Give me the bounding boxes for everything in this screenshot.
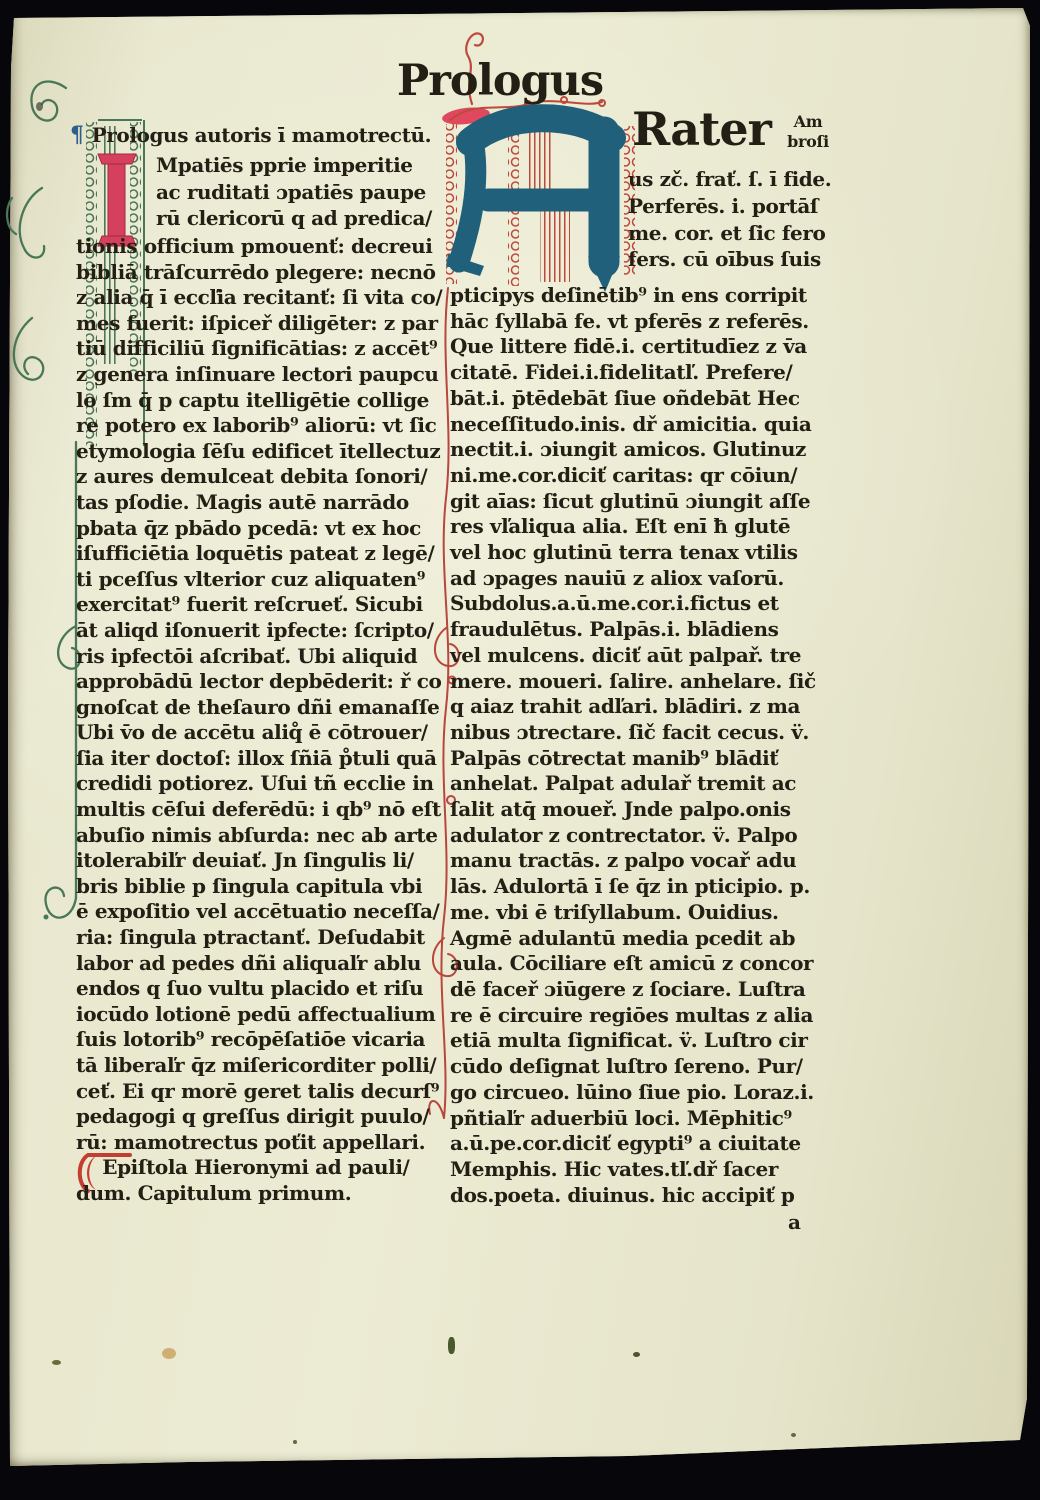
- text-line: tas pſodie. Magis autē narrādo: [76, 490, 470, 516]
- text-line: z alia q̄ ī eccľia recitanť: ſi vita co/: [76, 285, 470, 311]
- text-line: āt aliqd iſonuerit ipfecte: ſcripto/: [76, 618, 470, 644]
- text-line: mere. moueri. ſalire. anhelare. ſič: [450, 669, 840, 695]
- text-line: gnoſcat de theſauro dñi emanaſſe: [76, 695, 470, 721]
- text-line: citatē. Fidei.i.fidelitatľ. Prefere/: [450, 360, 840, 386]
- text-line: ſia iter doctoſ: illox ſñiā p̊tuli quā: [76, 746, 470, 772]
- text-line: pñtiaľr aduerbiū loci. Mēphitic⁹: [450, 1106, 840, 1132]
- text-line: bāt.i. p̄tēdebāt ſiue oñdebāt Hec: [450, 386, 840, 412]
- text-line: Mpatiēs pprie imperitie: [156, 152, 468, 179]
- right-column-side-word: Am broſi: [772, 112, 844, 152]
- text-line: hāc ſyllabā fe. vt pferēs z referēs.: [450, 309, 840, 335]
- text-line: iſufficiētia loquētis pateat z legē/: [76, 541, 470, 567]
- page-title: Prologus: [330, 56, 670, 106]
- text-line: ē expoſitio vel accētuatio neceſſa/: [76, 899, 470, 925]
- text-line: bris biblie p ſingula capitula vbi: [76, 874, 470, 900]
- text-line: ceť. Ei qr morē geret talis decurſ⁹: [76, 1079, 470, 1105]
- text-line: Subdolus.a.ū.me.cor.i.fictus et: [450, 591, 840, 617]
- text-line: dum. Capitulum primum.: [76, 1181, 470, 1207]
- side-word-bottom: broſi: [772, 132, 844, 152]
- text-line: ac ruditati ɔpatiēs paupe: [156, 179, 468, 206]
- left-column-text: tionis officium pmouenť: decreuibibliā t…: [76, 234, 470, 1207]
- text-line: multis cēſui deferēdū: i qb⁹ nō eſt: [76, 797, 470, 823]
- text-line: rū clericorū q ad predica/: [156, 205, 468, 232]
- blue-pilcrow-icon: ¶: [70, 122, 92, 148]
- text-line: fers. cū oībus ſuis: [628, 246, 840, 273]
- text-line: Que littere fidē.i. certitudīez z v̄a: [450, 334, 840, 360]
- text-line: lo ſm q̄ p captu itelligētie collige: [76, 388, 470, 414]
- text-line: vel hoc glutinū terra tenax vtilis: [450, 540, 840, 566]
- left-column-indented-text: Mpatiēs pprie imperitieac ruditati ɔpati…: [156, 152, 468, 232]
- text-line: credidi potiorez. Uſui tñ ecclie in: [76, 771, 470, 797]
- text-line: tā liberaľr q̄z miſericorditer polli/: [76, 1053, 470, 1079]
- text-line: nibus ɔtrectare. ſič facit cecus. v̈.: [450, 720, 840, 746]
- text-line: go circueo. lūino ſiue pio. Loraz.i.: [450, 1080, 840, 1106]
- text-line: re ē circuire regiōes multas z alia: [450, 1003, 840, 1029]
- left-column-heading: ¶Prologus autoris ī mamotrectū.: [70, 122, 431, 148]
- illuminated-initial-f: [444, 96, 649, 298]
- text-line: res vľaliqua alia. Eſt enī ħ glutē: [450, 514, 840, 540]
- text-line: etymologia ſēſu edificet ītellectuz: [76, 439, 470, 465]
- text-line: abuſio nimis abſurda: nec ab arte: [76, 823, 470, 849]
- text-line: ni.me.cor.diciť caritas: qr cōiun/: [450, 463, 840, 489]
- right-column-opening-word: Rater: [632, 102, 771, 156]
- text-line: endos q ſuo vultu placido et riſu: [76, 976, 470, 1002]
- text-line: adulator z contrectator. v̈. Palpo: [450, 823, 840, 849]
- text-line: neceſſitudo.inis. dř amicitia. quia: [450, 412, 840, 438]
- text-line: mes fuerit: iſpiceř diligēter: z par: [76, 311, 470, 337]
- text-line: anhelat. Palpat adulař tremit ac: [450, 771, 840, 797]
- text-line: q aiaz trahit adľari. blādiri. z ma: [450, 694, 840, 720]
- right-column-narrow-text: us zč. frať. ſ. ī fide.Perferēs. i. port…: [628, 166, 840, 273]
- text-line: rū: mamotrectus poťit appellari.: [76, 1130, 470, 1156]
- text-line: me. cor. et ſic fero: [628, 220, 840, 247]
- text-line: tiū difficiliū ſignificātias: z accēt⁹: [76, 336, 470, 362]
- text-line: pedagogi q greſſus dirigit puulo/: [76, 1104, 470, 1130]
- text-line: vel mulcens. diciť aūt palpař. tre: [450, 643, 840, 669]
- text-line: Ubi v̄o de accētu aliq̊ ē cōtrouer/: [76, 720, 470, 746]
- text-line: exercitat⁹ fuerit reſcrueť. Sicubi: [76, 592, 470, 618]
- text-line: Palpās cōtrectat manib⁹ blādiť: [450, 746, 840, 772]
- side-word-top: Am: [772, 112, 844, 132]
- text-line: ſuis lotorib⁹ recōpēſatiōe vicaria: [76, 1027, 470, 1053]
- text-line: ris ipfectōi aſcribať. Ubi aliquid: [76, 644, 470, 670]
- text-line: me. vbi ē triſyllabum. Ouidius.: [450, 900, 840, 926]
- text-line: fraudulētus. Palpās.i. blādiens: [450, 617, 840, 643]
- incunabulum-page-photo: Prologus ¶Prologus autoris ī mamotrectū.…: [0, 0, 1040, 1500]
- text-line: git aīas: ſicut glutinū ɔiungit aſſe: [450, 489, 840, 515]
- text-line: aula. Cōciliare eſt amicū z concor: [450, 951, 840, 977]
- text-line: dos.poeta. diuinus. hic accipiť p: [450, 1183, 840, 1209]
- text-line: bibliā trāſcurrēdo plegere: necnō: [76, 260, 470, 286]
- text-line: re potero ex laborib⁹ aliorū: vt ſic: [76, 413, 470, 439]
- text-line: cūdo deſignat luſtro ſereno. Pur/: [450, 1054, 840, 1080]
- heading-text: Prologus autoris ī mamotrectū.: [92, 123, 432, 147]
- text-line: Agmē adulantū media pcedit ab: [450, 926, 840, 952]
- text-line: ad ɔpages nauiū z aliox vaſorū.: [450, 566, 840, 592]
- text-line: labor ad pedes dñi aliquaľr ablu: [76, 951, 470, 977]
- text-line: etiā multa ſignificat. v̈. Luſtro cir: [450, 1028, 840, 1054]
- text-line: Memphis. Hic vates.tľ.dř ſacer: [450, 1157, 840, 1183]
- text-line: a.ū.pe.cor.diciť egypti⁹ a ciuitate: [450, 1131, 840, 1157]
- text-line: nectit.i. ɔiungit amicos. Glutinuz: [450, 437, 840, 463]
- text-line: approbādū lector depbēderit: ř co: [76, 669, 470, 695]
- text-line: manu tractās. z palpo vocař adu: [450, 848, 840, 874]
- text-line: itolerabiľr deuiať. Jn ſingulis li/: [76, 848, 470, 874]
- green-margin-flourish: [2, 70, 84, 920]
- signature-mark: a: [788, 1210, 801, 1234]
- right-column-text: pticipys deſinētib⁹ in ens corripithāc ſ…: [450, 283, 840, 1208]
- text-line: z aures demulceat debita ſonori/: [76, 464, 470, 490]
- text-line: ria: ſingula ptractanť. Deſudabit: [76, 925, 470, 951]
- text-line: us zč. frať. ſ. ī fide.: [628, 166, 840, 193]
- text-line: ſalit atq̄ moueř. Jnde palpo.onis: [450, 797, 840, 823]
- text-line: z genera inſinuare lectori paupcu: [76, 362, 470, 388]
- text-line: ti pceſſus vlterior cuz aliquaten⁹: [76, 567, 470, 593]
- text-line: pticipys deſinētib⁹ in ens corripit: [450, 283, 840, 309]
- text-line: Perferēs. i. portāſ: [628, 193, 840, 220]
- text-line: tionis officium pmouenť: decreui: [76, 234, 470, 260]
- text-line: dē faceř ɔiūgere z ſociare. Luſtra: [450, 977, 840, 1003]
- text-line: lās. Adulortā ī ſe q̄z in pticipio. p.: [450, 874, 840, 900]
- text-line: pbata q̄z pbādo pcedā: vt ex hoc: [76, 516, 470, 542]
- text-line: iocūdo lotionē pedū affectualium: [76, 1002, 470, 1028]
- text-line: Epiſtola Hieronymi ad pauli/: [76, 1155, 470, 1181]
